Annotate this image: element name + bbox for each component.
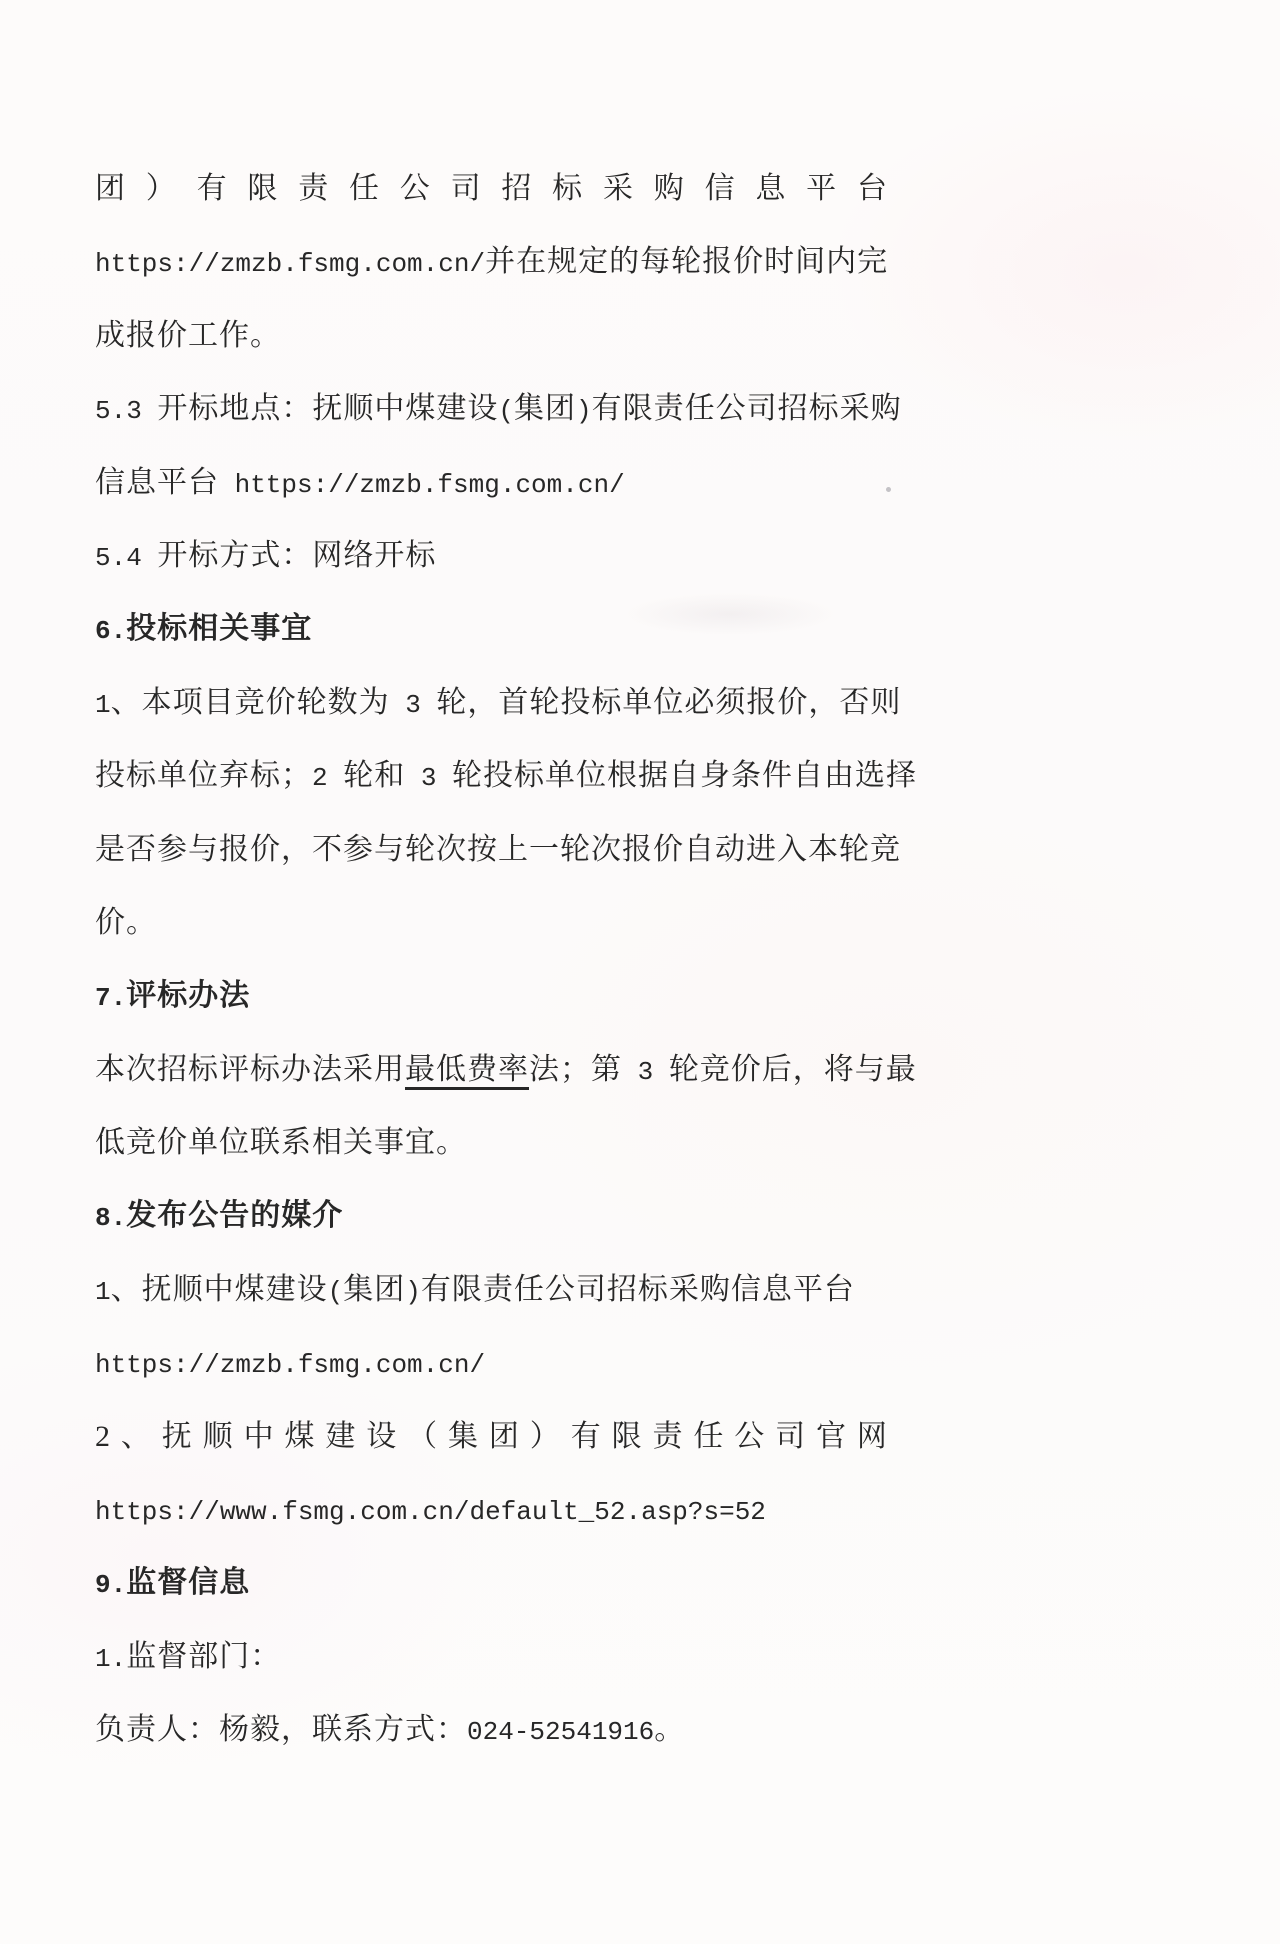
latin-text-run: https://www.fsmg.com.cn/default_52.asp?s… [95,1497,766,1527]
document-line: 信息平台 https://zmzb.fsmg.com.cn/ [95,446,887,519]
cjk-text-run: 低竞价单位联系相关事宜。 [95,1126,467,1159]
document-line: 团）有限责任公司招标采购信息平台 [95,152,887,225]
text-char: 有 [571,1400,601,1473]
cjk-text-run: 。 [654,1713,685,1746]
latin-text-run: 5.3 [95,396,157,426]
latin-text-run: 9. [95,1570,126,1600]
latin-text-run: 1 [95,690,111,720]
cjk-text-run: 轮和 [343,759,405,792]
document-line: https://zmzb.fsmg.com.cn/并在规定的每轮报价时间内完 [95,225,887,298]
latin-text-run: https://zmzb.fsmg.com.cn/ [95,1350,485,1380]
latin-text-run: 8. [95,1203,126,1233]
document-line: 成报价工作。 [95,299,887,372]
text-char: 抚 [162,1400,192,1473]
document-line: 投标单位弃标；2 轮和 3 轮投标单位根据自身条件自由选择 [95,739,887,812]
latin-text-run: 3 [390,690,437,720]
document-line: 1、本项目竞价轮数为 3 轮，首轮投标单位必须报价，否则 [95,666,887,739]
text-char: 公 [734,1400,764,1473]
text-char: 中 [244,1400,274,1473]
latin-text-run: ( [328,1277,344,1307]
latin-text-run: 3 [405,763,452,793]
text-char: 集 [448,1400,478,1473]
text-char: 有 [197,152,227,225]
latin-text-run: ) [405,1277,421,1307]
text-char: 平 [806,152,836,225]
cjk-text-run: 负责人：杨毅，联系方式： [95,1713,467,1746]
cjk-text-run: 本次招标评标办法采用 [95,1053,405,1086]
cjk-text-run: 、本项目竞价轮数为 [111,686,390,719]
text-char: 团 [489,1400,519,1473]
text-char: 煤 [284,1400,314,1473]
latin-text-run: 5.4 [95,543,157,573]
latin-text-run: 024-52541916 [467,1717,654,1747]
cjk-text-run: 集团 [343,1273,405,1306]
text-char: ） [530,1400,560,1473]
text-char: 2 [95,1400,110,1473]
document-line: 5.3 开标地点：抚顺中煤建设(集团)有限责任公司招标采购 [95,372,887,445]
document-line: https://zmzb.fsmg.com.cn/ [95,1326,887,1399]
document-line: 低竞价单位联系相关事宜。 [95,1106,887,1179]
cjk-text-run: 是否参与报价，不参与轮次按上一轮次报价自动进入本轮竞 [95,833,901,866]
cjk-text-run: 评标办法 [126,979,250,1012]
latin-text-run: 1. [95,1644,126,1674]
document-line: 本次招标评标办法采用最低费率法；第 3 轮竞价后，将与最 [95,1033,887,1106]
text-char: 任 [693,1400,723,1473]
text-char: 责 [652,1400,682,1473]
cjk-text-run: 轮，首轮投标单位必须报价，否则 [436,686,901,719]
text-char: 网 [857,1400,887,1473]
document-line: 2、抚顺中煤建设（集团）有限责任公司官网 [95,1400,887,1473]
document-line: 5.4 开标方式：网络开标 [95,519,887,592]
document-body: 团）有限责任公司招标采购信息平台https://zmzb.fsmg.com.cn… [95,152,887,1767]
cjk-text-run: 投标相关事宜 [126,612,312,645]
text-char: ） [146,152,176,225]
text-char: 团 [95,152,125,225]
text-char: 司 [775,1400,805,1473]
text-char: 官 [816,1400,846,1473]
document-line: 6.投标相关事宜 [95,592,887,665]
cjk-text-run: 价。 [95,906,157,939]
cjk-text-run: 投标单位弃标； [95,759,312,792]
document-line: 1.监督部门： [95,1620,887,1693]
text-char: 信 [705,152,735,225]
text-char: 建 [325,1400,355,1473]
text-char: （ [407,1400,437,1473]
cjk-text-run: 轮投标单位根据自身条件自由选择 [452,759,917,792]
text-char: 台 [857,152,887,225]
document-line: 8.发布公告的媒介 [95,1179,887,1252]
text-char: 司 [451,152,481,225]
scan-page: 团）有限责任公司招标采购信息平台https://zmzb.fsmg.com.cn… [0,0,1280,1944]
latin-text-run: 6. [95,616,126,646]
text-char: 息 [755,152,785,225]
text-char: 采 [603,152,633,225]
latin-text-run: ) [576,396,592,426]
document-line: 7.评标办法 [95,959,887,1032]
text-char: 招 [501,152,531,225]
document-line: 负责人：杨毅，联系方式：024-52541916。 [95,1693,887,1766]
text-char: 顺 [203,1400,233,1473]
text-char: 、 [121,1400,151,1473]
document-line: https://www.fsmg.com.cn/default_52.asp?s… [95,1473,887,1546]
text-char: 限 [247,152,277,225]
cjk-text-run: 开标方式：网络开标 [157,539,436,572]
cjk-text-run: 开标地点：抚顺中煤建设 [157,392,498,425]
text-char: 设 [366,1400,396,1473]
document-line: 9.监督信息 [95,1546,887,1619]
cjk-text-run: 监督部门： [126,1640,281,1673]
cjk-text-run: 、抚顺中煤建设 [111,1273,328,1306]
cjk-text-run: 最低费率 [405,1053,529,1086]
text-char: 公 [400,152,430,225]
text-char: 任 [349,152,379,225]
cjk-text-run: 成报价工作。 [95,319,281,352]
cjk-text-run: 轮竞价后，将与最 [669,1053,917,1086]
latin-text-run: ( [498,396,514,426]
text-char: 责 [298,152,328,225]
cjk-text-run: 监督信息 [126,1566,250,1599]
latin-text-run: 3 [622,1057,669,1087]
latin-text-run: 1 [95,1277,111,1307]
latin-text-run: https://zmzb.fsmg.com.cn/ [95,249,485,279]
cjk-text-run: 有限责任公司招标采购信息平台 [421,1273,855,1306]
cjk-text-run: 集团 [514,392,576,425]
text-char: 标 [552,152,582,225]
latin-text-run: 7. [95,983,126,1013]
document-line: 价。 [95,886,887,959]
document-line: 1、抚顺中煤建设(集团)有限责任公司招标采购信息平台 [95,1253,887,1326]
cjk-text-run: 有限责任公司招标采购 [592,392,902,425]
text-char: 限 [612,1400,642,1473]
cjk-text-run: 并在规定的每轮报价时间内完 [485,245,888,278]
text-char: 购 [654,152,684,225]
cjk-text-run: 发布公告的媒介 [126,1199,343,1232]
cjk-text-run: 法；第 [529,1053,622,1086]
latin-text-run: https://zmzb.fsmg.com.cn/ [219,470,625,500]
cjk-text-run: 信息平台 [95,466,219,499]
document-line: 是否参与报价，不参与轮次按上一轮次报价自动进入本轮竞 [95,813,887,886]
latin-text-run: 2 [312,763,343,793]
